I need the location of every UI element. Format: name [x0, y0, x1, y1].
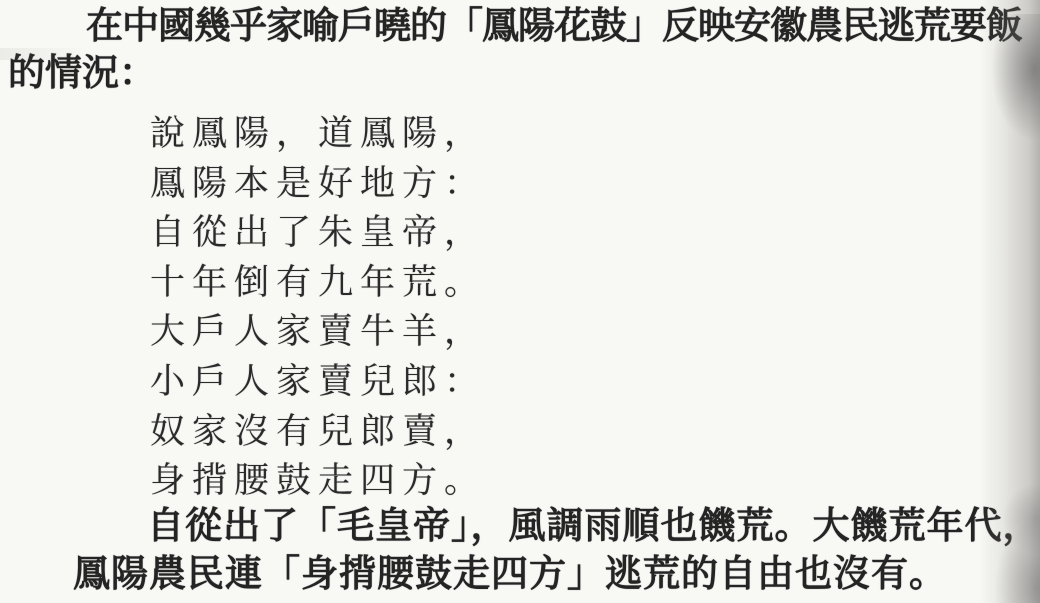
verse-line: 奴家沒有兒郎賣， — [150, 407, 486, 457]
intro-paragraph-line-2: 的情況： — [8, 54, 156, 95]
verse-line: 說鳳陽，道鳳陽， — [150, 109, 486, 159]
verse-line: 小戶人家賣兒郎： — [150, 357, 486, 407]
verse-line: 十年倒有九年荒。 — [150, 258, 486, 308]
verse-line: 鳳陽本是好地方： — [150, 159, 486, 209]
verse-line: 大戶人家賣牛羊， — [150, 307, 486, 357]
scanned-book-page: 在中國幾乎家喻戶曉的「鳳陽花鼓」反映安徽農民逃荒要飯 的情況： 說鳳陽，道鳳陽，… — [0, 0, 1040, 603]
verse-line: 自從出了朱皇帝， — [150, 208, 486, 258]
closing-paragraph-line-1: 自從出了「毛皇帝」，風調雨順也饑荒。大饑荒年代， — [147, 507, 1040, 548]
intro-paragraph-line-1: 在中國幾乎家喻戶曉的「鳳陽花鼓」反映安徽農民逃荒要飯 — [86, 7, 1022, 48]
verse-line: 身揹腰鼓走四方。 — [150, 456, 486, 506]
closing-paragraph-line-2: 鳳陽農民連「身揹腰鼓走四方」逃荒的自由也沒有。 — [73, 555, 947, 596]
fengyang-drum-verse-block: 說鳳陽，道鳳陽， 鳳陽本是好地方： 自從出了朱皇帝， 十年倒有九年荒。 大戶人家… — [150, 109, 486, 506]
